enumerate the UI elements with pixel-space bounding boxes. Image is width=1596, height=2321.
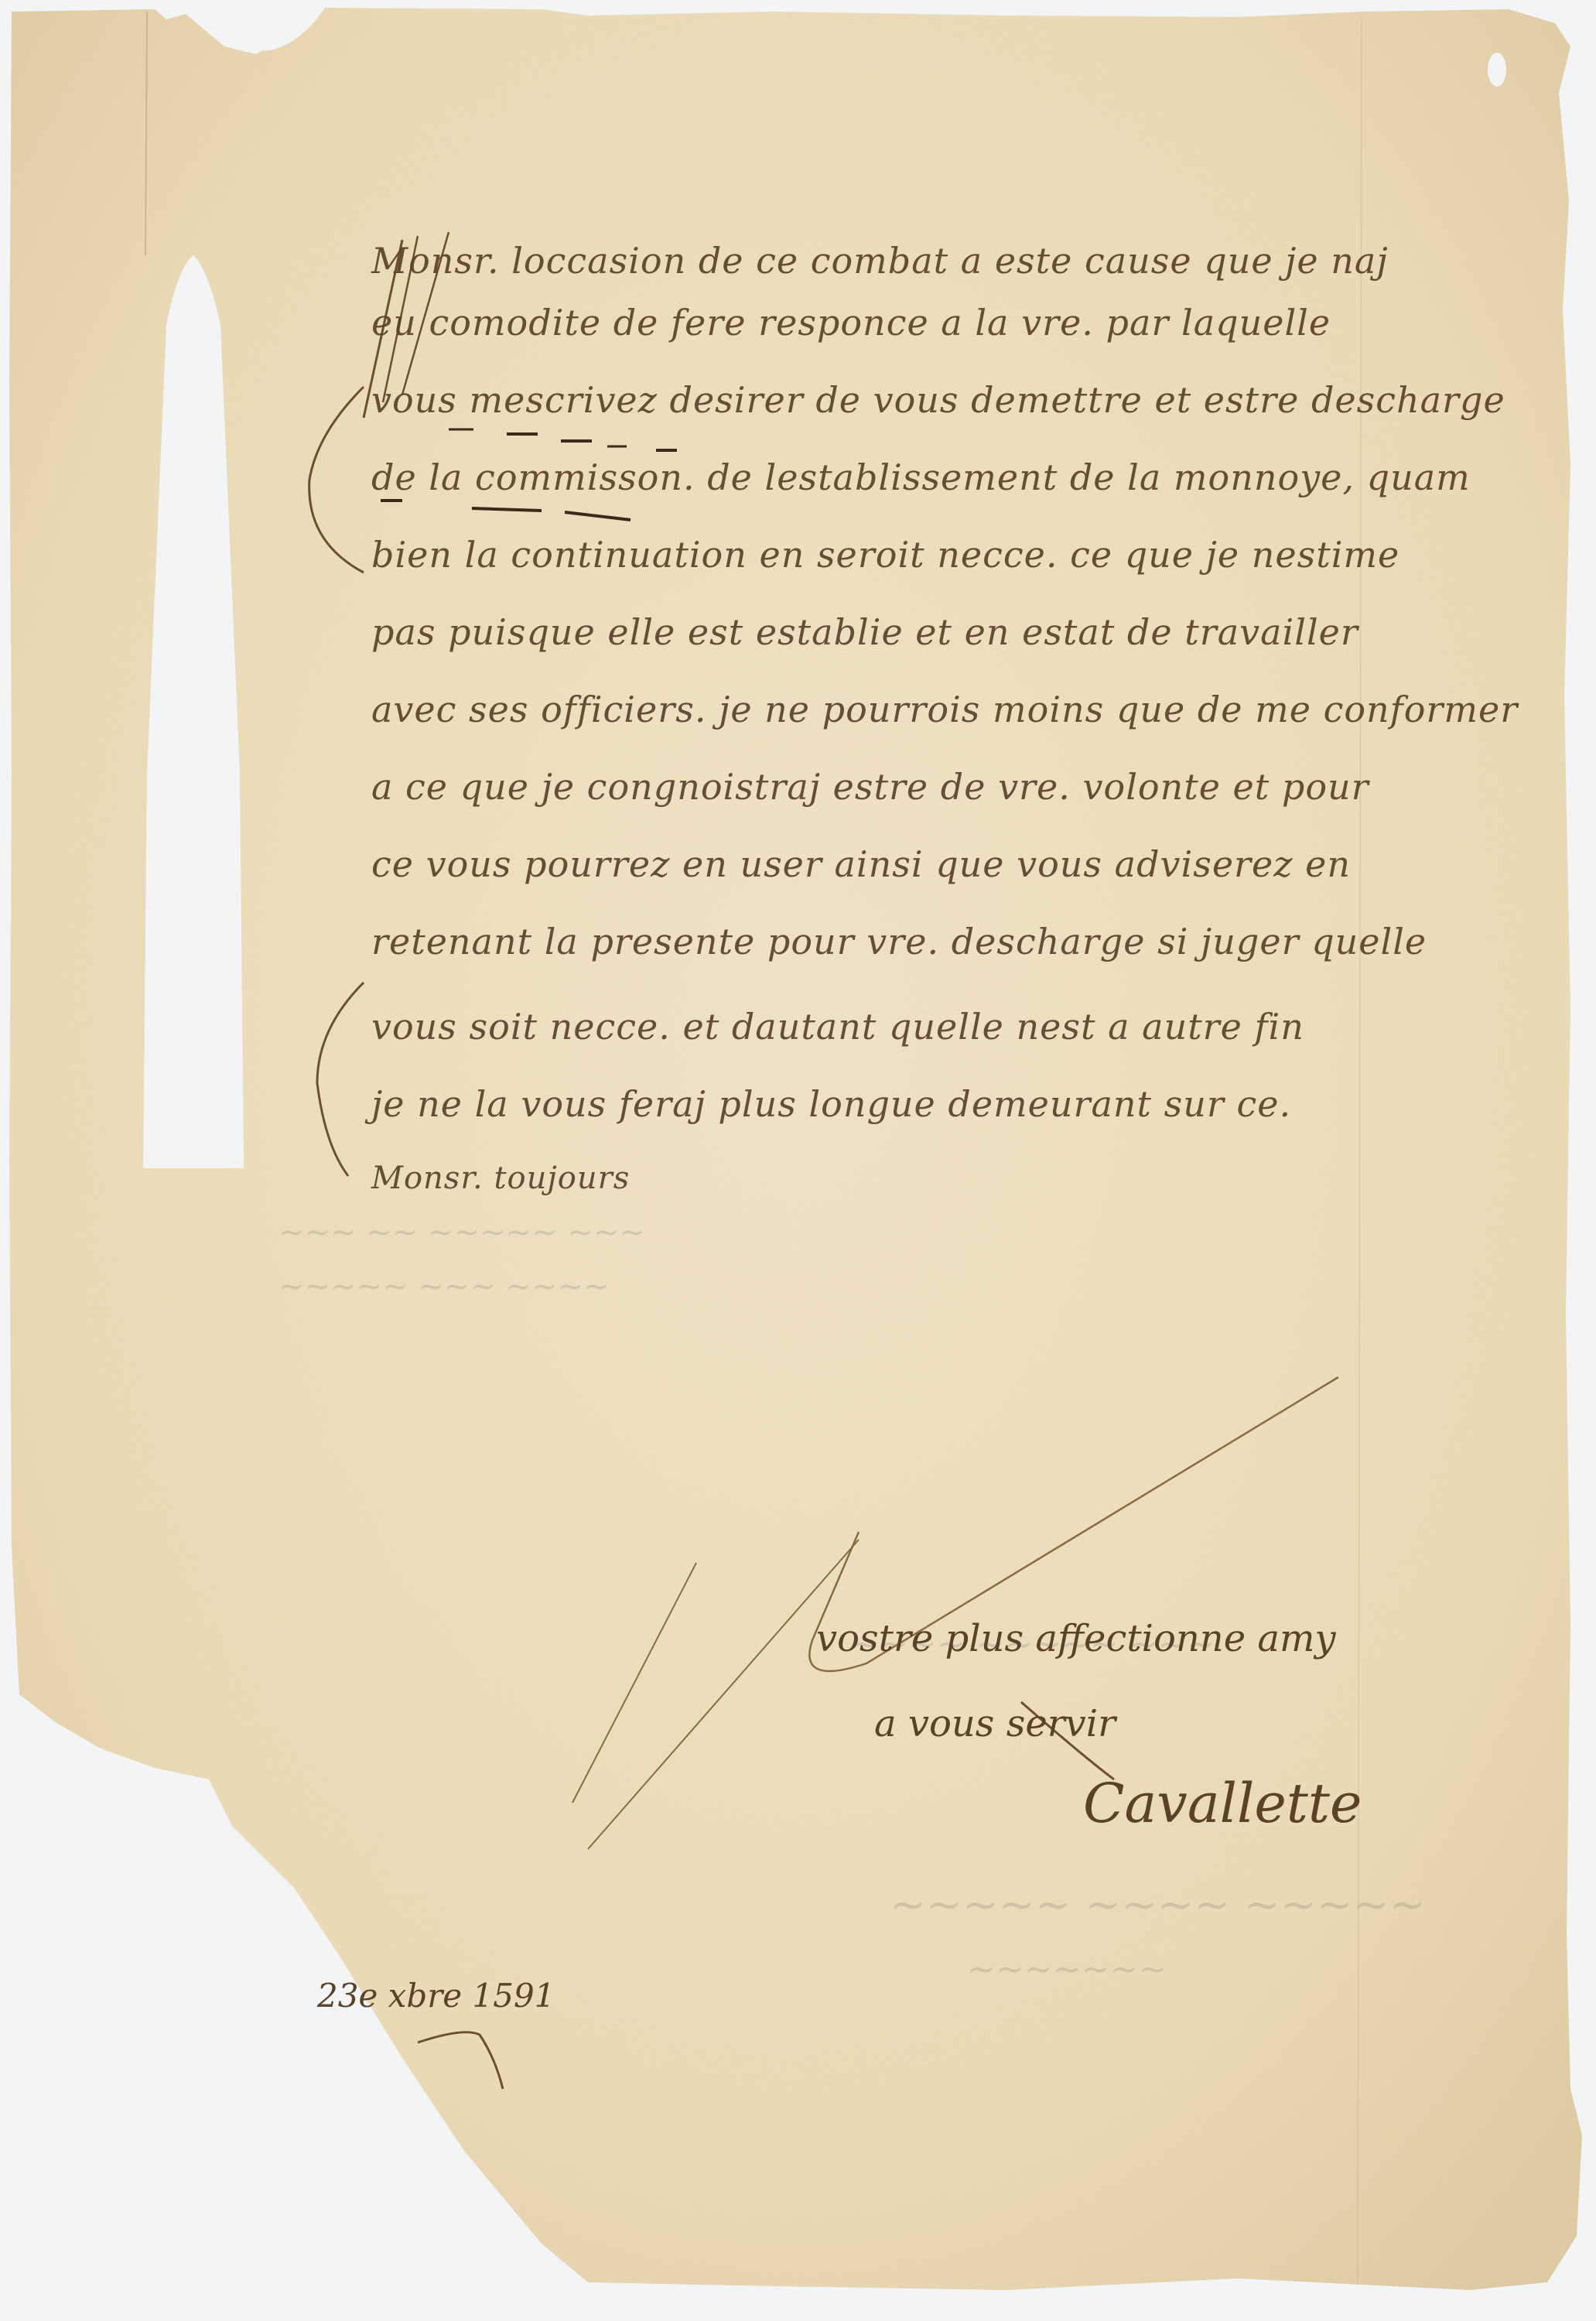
valediction-line-1: vostre plus affectionne amy [816,1617,1336,1660]
bleed-through-text: ~~~~~~~ [967,1950,1167,1989]
letter-line: avec ses officiers. je ne pourrois moins… [371,689,1518,730]
paper-sheet: Monsr. loccasion de ce combat a este cau… [0,0,1596,2321]
letter-line: bien la continuation en seroit necce. ce… [371,534,1399,576]
valediction-line-2: a vous servir [874,1702,1116,1745]
letter-line: vous soit necce. et dautant quelle nest … [371,1006,1304,1048]
date-note: 23e xbre 1591 [317,1977,555,2015]
letter-line: eu comodite de fere responce a la vre. p… [371,302,1331,344]
bleed-through-text: ~~~~~ ~~~~ ~~~~~ [890,1880,1426,1930]
bleed-through-text: ~~~~~ ~~~ ~~~~ [279,1269,610,1304]
letter-line: pas puisque elle est establie et en esta… [371,611,1358,653]
signature: Cavallette [1083,1772,1362,1835]
letter-line: de la commisson. de lestablissement de l… [371,456,1471,498]
letter-line: a ce que je congnoistraj estre de vre. v… [371,766,1369,808]
letter-line: Monsr. loccasion de ce combat a este cau… [371,240,1389,282]
letter-line: ce vous pourrez en user ainsi que vous a… [371,843,1351,885]
letter-body: Monsr. loccasion de ce combat a este cau… [371,0,1563,1238]
letter-line: vous mescrivez desirer de vous demettre … [371,379,1505,421]
closing-salutation: Monsr. toujours [371,1160,630,1196]
letter-line: retenant la presente pour vre. descharge… [371,921,1427,962]
bleed-through-text: ~~~ ~~ ~~~~~ ~~~ [279,1215,645,1250]
letter-line: je ne la vous feraj plus longue demeuran… [371,1083,1291,1125]
